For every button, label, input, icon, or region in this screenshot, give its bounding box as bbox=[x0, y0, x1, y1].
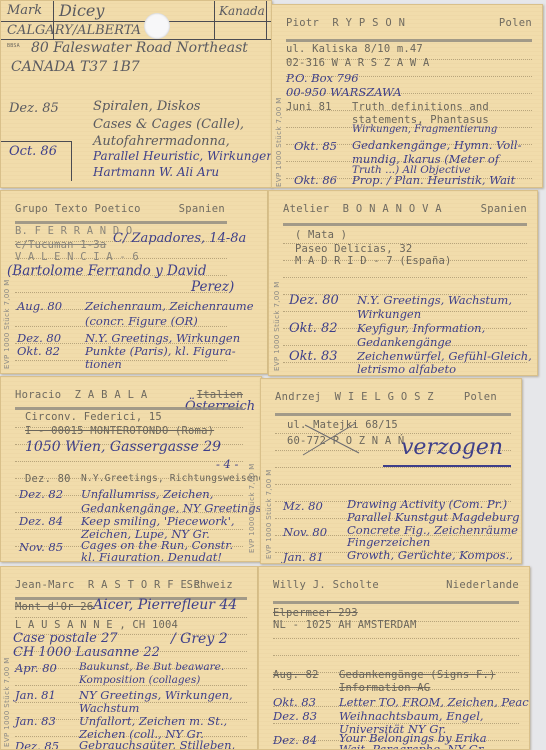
entry-date: Aug. 82 bbox=[273, 669, 319, 681]
stamp: BBSA bbox=[7, 43, 20, 49]
address-line-2: c/Tucuman 1-3a bbox=[15, 239, 106, 251]
address-line-2: I - 00015 MONTEROTONDO (Roma) bbox=[25, 425, 214, 437]
entry-date: Dez. 85 bbox=[9, 101, 59, 116]
card-print-note: EVP 1000 Stück 7,00 M bbox=[3, 279, 11, 369]
name: Andrzej W I E L G O S Z bbox=[275, 391, 434, 403]
entry-date: Mz. 80 bbox=[283, 499, 323, 513]
entry-text: Weihnachtsbaum, Engel, bbox=[339, 709, 484, 723]
address-new: Aicer, Pierrefleur 44 bbox=[93, 597, 237, 613]
entry-date: Jan. 81 bbox=[283, 550, 324, 564]
entry-text: Letter TO, FROM, Zeichen, Peace bbox=[339, 695, 530, 709]
entry-text: kl. Figuration, Denudat! bbox=[81, 550, 222, 562]
entry-text: Hartmann W. Ali Aru bbox=[93, 165, 219, 179]
country: Niederlande bbox=[446, 579, 519, 591]
entry-text: Gedankengänge, Hymn. Voll- bbox=[352, 138, 521, 152]
entry-text: Komposition (collages) bbox=[79, 674, 200, 686]
entry-date: Okt. 85 bbox=[294, 139, 337, 153]
index-card-dicey: Mark Dicey Kanada CALGARY/ALBERTA BBSA 8… bbox=[0, 0, 272, 188]
entry-date: Dez. 84 bbox=[273, 733, 317, 747]
entry-text: Parallel Kunstgut Magdeburg bbox=[347, 510, 519, 524]
entry-text: Growth, Gerüchte, Kompos., bbox=[347, 548, 513, 562]
entry-date: Okt. 83 bbox=[273, 695, 316, 709]
entry-text: Prop. / Plan. Heuristik, Wait bbox=[352, 173, 515, 187]
entry-date: Nov. 80 bbox=[283, 525, 327, 539]
entry-text: (concr. Figure (OR) bbox=[85, 314, 198, 328]
entry-date: Okt. 83 bbox=[289, 349, 338, 364]
card-print-note: EVP 1000 Stück 7,00 M bbox=[248, 463, 256, 553]
city: CALGARY/ALBERTA bbox=[7, 23, 141, 38]
entry-text: tionen bbox=[85, 357, 122, 371]
entry-text: Gebrauchsgüter, Stilleben, bbox=[79, 738, 235, 750]
entry-text: Punkte (Paris), kl. Figura- bbox=[85, 344, 236, 358]
index-card-zabala: Horacio Z A B A L AItalien Österreich Ci… bbox=[0, 376, 262, 562]
address-line-3: M A D R I D - 7 (España) bbox=[295, 255, 452, 267]
entry-text: Wirkungen, Fragmentierung bbox=[352, 124, 497, 135]
entry-date: Dez. 80 bbox=[17, 331, 61, 345]
entry-text: Parallel Heuristic, Wirkungen bbox=[93, 149, 272, 163]
entry-text: NY Greetings, Wirkungen, bbox=[79, 688, 233, 702]
entry-text: Fingerzeichen bbox=[347, 535, 430, 549]
entry-text: Gedankengänge bbox=[357, 335, 452, 349]
entry-text: Wirkungen bbox=[357, 307, 421, 321]
cross-out-mark bbox=[301, 421, 361, 457]
country: Schweiz bbox=[187, 579, 233, 591]
entry-text: Zeichenraum, Zeichenraume bbox=[85, 299, 254, 313]
name: Horacio Z A B A L A bbox=[15, 389, 147, 401]
index-card-scholte: Willy J. ScholteNiederlande Elpermeer 29… bbox=[258, 566, 530, 750]
address-note: Perez) bbox=[191, 279, 234, 295]
address-old: Mont d'Or 26 bbox=[15, 601, 93, 613]
entry-text: Drawing Activity (Com. Pr.) bbox=[347, 497, 507, 511]
last-name: Dicey bbox=[59, 1, 104, 20]
moved-note: verzogen bbox=[401, 435, 503, 460]
entry-text: Wait, Paragraphe, NY Gr. bbox=[339, 742, 486, 750]
entry-date: Dez. 80 bbox=[289, 293, 339, 308]
entry-text: Gedankengänge (Signs F.) bbox=[339, 669, 496, 681]
address-note: (Bartolome Ferrando y David bbox=[7, 263, 206, 279]
address-line-1: ul. Kaliska 8/10 m.47 bbox=[286, 43, 423, 55]
country: Spanien bbox=[481, 203, 527, 215]
name: Grupo Texto Poetico bbox=[15, 203, 141, 215]
address-line-3: V A L E N C I A - 6 bbox=[15, 251, 139, 263]
country: Spanien bbox=[179, 203, 225, 215]
address-new: 1050 Wien, Gassergasse 29 bbox=[25, 439, 221, 455]
address-floor: - 4 - bbox=[216, 457, 238, 471]
entry-date: Dez. 84 bbox=[19, 514, 63, 528]
card-print-note: EVP 1000 Stück 7,00 M bbox=[275, 97, 283, 187]
address-line-4: / Grey 2 bbox=[171, 631, 228, 647]
entry-date: Okt. 82 bbox=[17, 344, 60, 358]
address-line-1: 80 Faleswater Road Northeast bbox=[31, 40, 248, 56]
name: Willy J. Scholte bbox=[273, 579, 379, 591]
entry-text: Cases & Cages (Calle), bbox=[93, 117, 244, 132]
country: Polen bbox=[464, 391, 497, 403]
index-card-texto-poetico: Grupo Texto PoeticoSpanien B. F E R R A … bbox=[0, 190, 268, 374]
country: Polen bbox=[499, 17, 532, 29]
entry-date: Dez. 85 bbox=[15, 739, 59, 750]
name: Jean-Marc R A S T O R F E R bbox=[15, 579, 200, 591]
entry-text: Unfallort, Zeichen m. St., bbox=[79, 714, 227, 728]
address-line-1: Elpermeer 293 bbox=[273, 607, 358, 619]
entry-date: Aug. 80 bbox=[17, 299, 62, 313]
punch-hole bbox=[144, 13, 170, 39]
index-card-rastorfer: Jean-Marc R A S T O R F E RSchweiz Mont … bbox=[0, 566, 258, 750]
entry-text: N.Y. Greetings, Wachstum, bbox=[357, 293, 512, 307]
entry-text: N.Y. Greetings, Wirkungen bbox=[85, 331, 240, 345]
address-line-3: Case postale 27 bbox=[13, 631, 118, 646]
entry-date: Jan. 83 bbox=[15, 714, 56, 728]
entry-text: Truth definitions and bbox=[352, 101, 489, 113]
entry-date: Okt. 86 bbox=[294, 173, 337, 187]
index-card-bonanova: Atelier B O N A N O V ASpanien ( Mata ) … bbox=[268, 190, 538, 376]
entry-text: Keyfigur, Information, bbox=[357, 321, 485, 335]
entry-text: Gedankengänge, NY Greetings bbox=[81, 501, 261, 515]
card-print-note: EVP 1000 Stück 7,00 M bbox=[265, 469, 273, 559]
country: Kanada bbox=[219, 4, 265, 18]
address-line-2: 02-316 W A R S Z A W A bbox=[286, 57, 429, 69]
entry-text: Information AG bbox=[339, 682, 430, 694]
entry-date: Dez. 83 bbox=[273, 709, 317, 723]
address-line-2: NL - 1025 AH AMSTERDAM bbox=[273, 619, 416, 631]
index-card-wielgosz: Andrzej W I E L G O S ZPolen ul. Matejki… bbox=[260, 378, 522, 564]
entry-text: Wachstum bbox=[79, 701, 139, 715]
address-line-5: CH 1000 Lausanne 22 bbox=[13, 645, 160, 660]
address-line-4: 00-950 WARSZAWA bbox=[286, 85, 402, 99]
entry-text: Zeichenwürfel, Gefühl-Gleich, bbox=[357, 349, 532, 363]
card-print-note: EVP 1000 Stück 7,00 M bbox=[3, 657, 11, 747]
address-line-3: P.O. Box 796 bbox=[286, 71, 359, 85]
entry-text: Autofahrermadonna, bbox=[93, 134, 230, 149]
address-line-2: CANADA T37 1B7 bbox=[11, 59, 140, 75]
underline bbox=[383, 465, 511, 467]
address-line-1: Circonv. Federici, 15 bbox=[25, 411, 162, 423]
entry-date: Nov. 85 bbox=[19, 540, 63, 554]
name: Piotr R Y P S O N bbox=[286, 17, 405, 29]
entry-date: Juni 81 bbox=[286, 101, 332, 113]
entry-date: Apr. 80 bbox=[15, 661, 57, 675]
entry-date: Dez. 80 bbox=[25, 473, 71, 485]
entry-text: Unfallumriss, Zeichen, bbox=[81, 487, 213, 501]
index-card-rypson: Piotr R Y P S O NPolen ul. Kaliska 8/10 … bbox=[271, 4, 543, 188]
entry-date: Okt. 82 bbox=[289, 321, 338, 336]
first-name: Mark bbox=[7, 3, 42, 18]
address-new: C/ Zapadores, 14-8a bbox=[113, 231, 246, 246]
entry-text: N.Y.Greetings, Richtungsweisend bbox=[81, 473, 262, 484]
entry-date: Oct. 86 bbox=[9, 144, 57, 159]
address-line-2: L A U S A N N E , CH 1004 bbox=[15, 619, 178, 631]
entry-date: Dez. 82 bbox=[19, 487, 63, 501]
entry-text: Spiralen, Diskos bbox=[93, 99, 200, 114]
address-line-2: Paseo Delicias, 32 bbox=[295, 243, 412, 255]
entry-text: Baukunst, Be But beaware. bbox=[79, 661, 224, 673]
card-print-note: EVP 1000 Stück 7,00 M bbox=[273, 281, 281, 371]
entry-date: Jan. 81 bbox=[15, 688, 56, 702]
address-line-1: ( Mata ) bbox=[295, 229, 347, 241]
entry-text: letrismo alfabeto bbox=[357, 362, 456, 376]
entry-text: Keep smiling, 'Piecework', bbox=[81, 514, 235, 528]
name: Atelier B O N A N O V A bbox=[283, 203, 442, 215]
